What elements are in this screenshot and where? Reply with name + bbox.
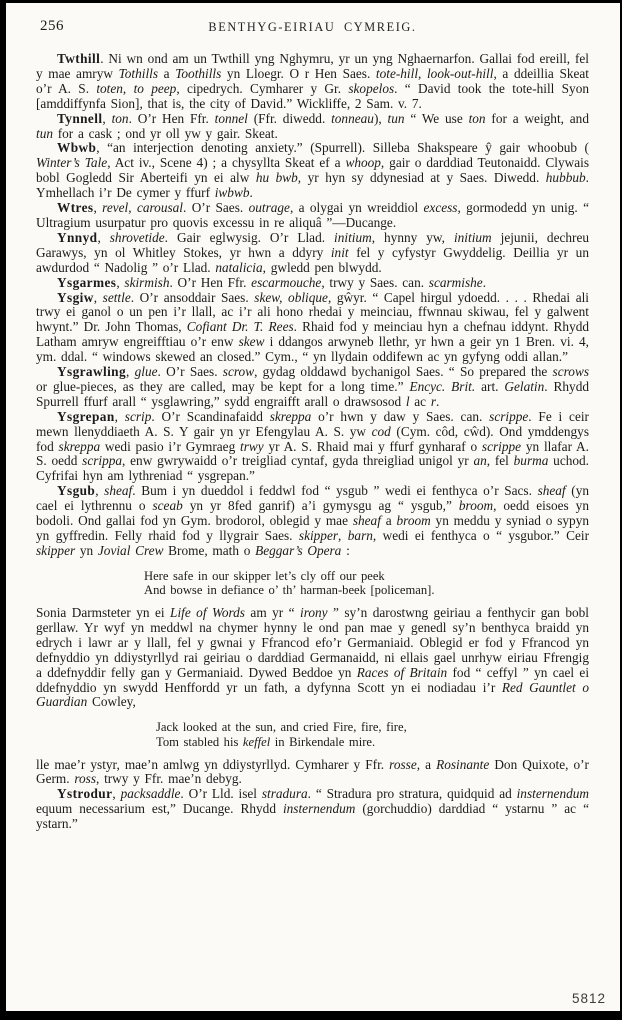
entry-twthill: Twthill. Ni wn ond am un Twthill yng Ngh… [36,52,589,112]
entry-ynnyd: Ynnyd, shrovetide. Gair eglwysig. O’r Ll… [36,231,589,276]
entry-ysgarmes: Ysgarmes, skirmish. O’r Hen Ffr. escarmo… [36,276,589,291]
entry-ystrodur: Ystrodur, packsaddle. O’r Lld. isel stra… [36,787,589,832]
page-content: 256 BENTHYG-EIRIAU CYMREIG. Twthill. Ni … [6,3,620,832]
running-title: BENTHYG-EIRIAU CYMREIG. [36,20,589,35]
plate-number: 5812 [572,991,606,1006]
quote-verse-1: Here safe in our skipper let’s cly off o… [144,569,589,598]
book-page: 256 BENTHYG-EIRIAU CYMREIG. Twthill. Ni … [6,3,620,1011]
entry-ysgub: Ysgub, sheaf. Bum i yn dueddol i feddwl … [36,484,589,559]
entry-tynnell: Tynnell, ton. O’r Hen Ffr. tonnel (Ffr. … [36,112,589,142]
entry-wbwb: Wbwb, “an interjection denoting anxiety.… [36,141,589,201]
entry-wtres: Wtres, revel, carousal. O’r Saes. outrag… [36,201,589,231]
entry-ysgiw: Ysgiw, settle. O’r ansoddair Saes. skew,… [36,291,589,366]
scan-border-frame: 256 BENTHYG-EIRIAU CYMREIG. Twthill. Ni … [0,0,622,1020]
page-header: 256 BENTHYG-EIRIAU CYMREIG. [36,16,589,42]
entry-ysgrepan: Ysgrepan, scrip. O’r Scandinafaidd skrep… [36,410,589,485]
entry-ysgrawling: Ysgrawling, glue. O’r Saes. scrow, gydag… [36,365,589,410]
para-darmsteter: Sonia Darmsteter yn ei Life of Words am … [36,606,589,710]
quote-verse-2: Jack looked at the sun, and cried Fire, … [156,720,589,749]
para-continuation: lle mae’r ystyr, mae’n amlwg yn ddiystyr… [36,758,589,788]
